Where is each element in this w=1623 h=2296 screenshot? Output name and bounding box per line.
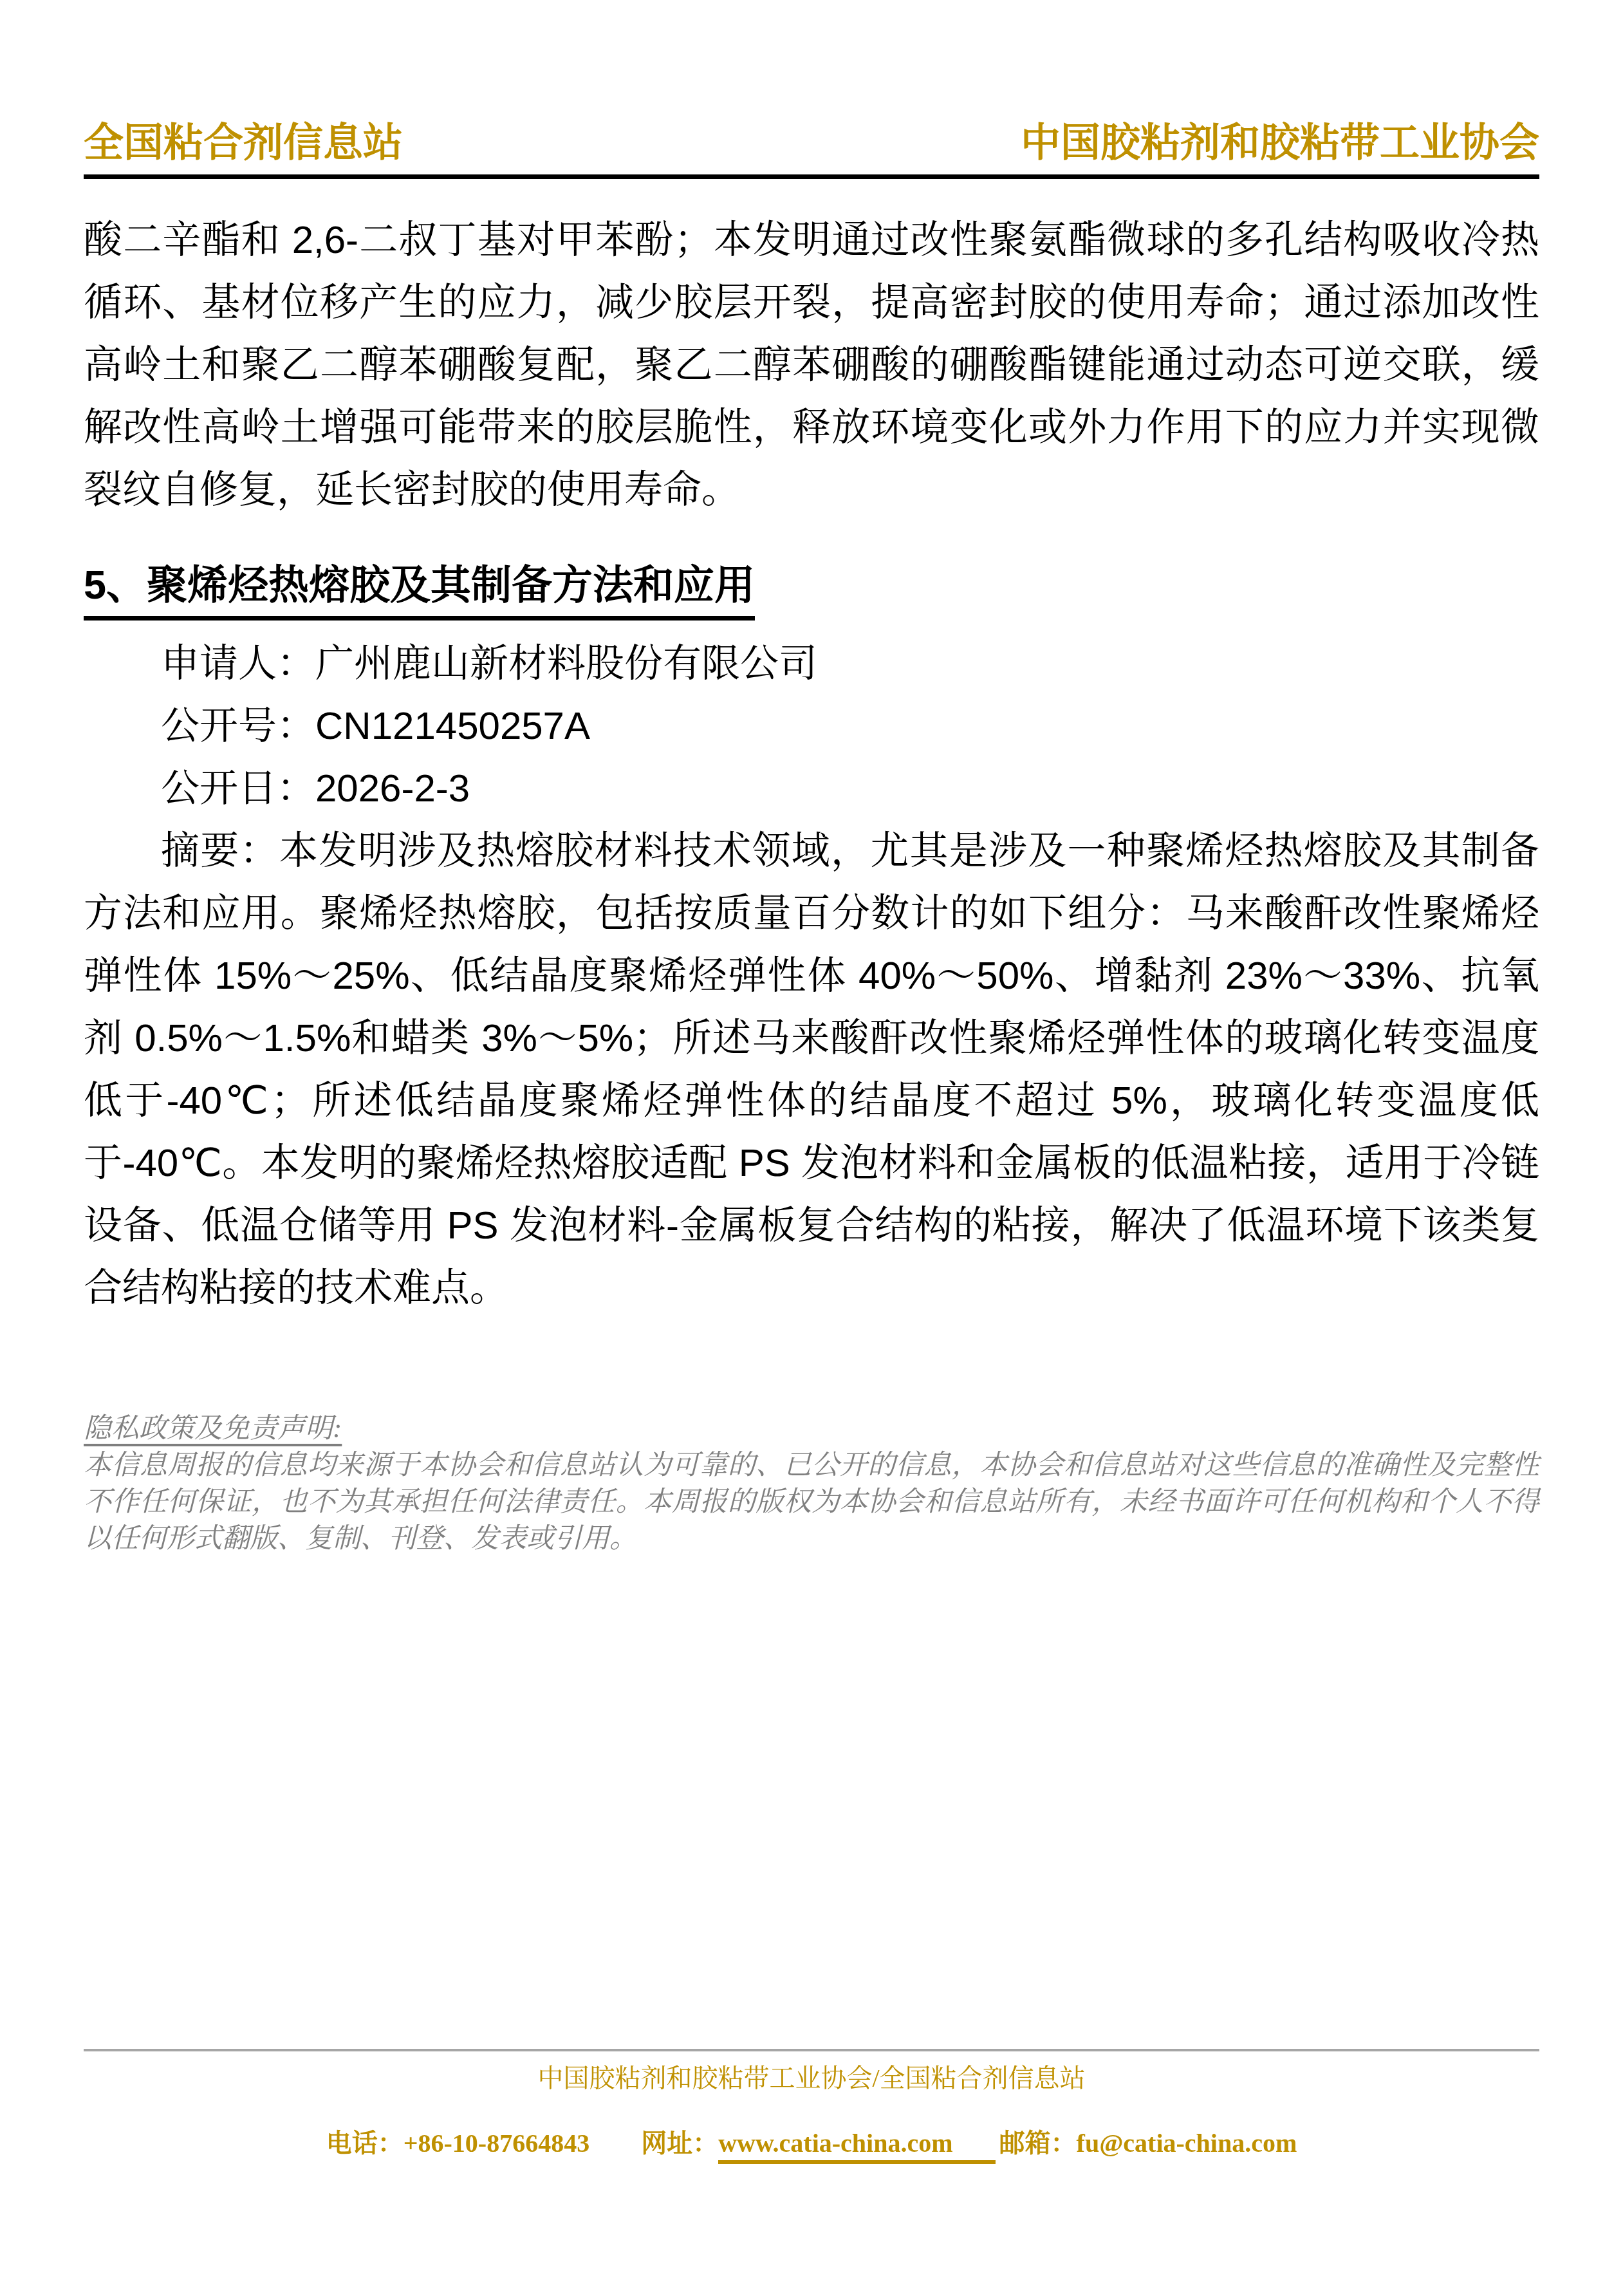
publication-date-line: 公开日：2026-2-3 [84, 757, 1539, 819]
applicant-value: 广州鹿山新材料股份有限公司 [315, 642, 817, 685]
applicant-label: 申请人： [161, 642, 315, 685]
phone-number: +86-10-87664843 [403, 2129, 589, 2158]
publication-number-label: 公开号： [161, 704, 315, 747]
patent-heading-text: 5、聚烯烃热熔胶及其制备方法和应用 [84, 559, 755, 621]
disclaimer-title: 隐私政策及免责声明: [84, 1410, 1539, 1447]
page-header: 全国粘合剂信息站 中国胶粘剂和胶粘带工业协会 [84, 0, 1539, 174]
applicant-line: 申请人：广州鹿山新材料股份有限公司 [84, 632, 1539, 695]
association-name: 中国胶粘剂和胶粘带工业协会 [1021, 111, 1539, 168]
page-footer: 中国胶粘剂和胶粘带工业协会/全国粘合剂信息站 电话：+86-10-8766484… [84, 2049, 1539, 2160]
phone-label: 电话： [326, 2129, 403, 2158]
website-label: 网址： [641, 2129, 718, 2158]
patent-abstract: 摘要：本发明涉及热熔胶材料技术领域，尤其是涉及一种聚烯烃热熔胶及其制备方法和应用… [84, 819, 1539, 1319]
publication-number-value: CN121450257A [315, 704, 590, 747]
footer-rule [84, 2049, 1539, 2051]
header-rule [84, 174, 1539, 179]
intro-paragraph: 酸二辛酯和 2,6-二叔丁基对甲苯酚；本发明通过改性聚氨酯微球的多孔结构吸收冷热… [84, 209, 1539, 521]
publication-date-value: 2026-2-3 [315, 767, 470, 810]
site-name: 全国粘合剂信息站 [84, 111, 403, 168]
website-link[interactable]: www.catia-china.com [718, 2129, 995, 2164]
disclaimer: 隐私政策及免责声明: 本信息周报的信息均来源于本协会和信息站认为可靠的、已公开的… [84, 1410, 1539, 1557]
patent-heading: 5、聚烯烃热熔胶及其制备方法和应用 [84, 559, 1539, 621]
disclaimer-body: 本信息周报的信息均来源于本协会和信息站认为可靠的、已公开的信息，本协会和信息站对… [84, 1447, 1539, 1557]
email-label: 邮箱： [999, 2129, 1077, 2158]
footer-contact-line: 电话：+86-10-87664843网址：www.catia-china.com… [84, 2123, 1539, 2160]
email-address: fu@catia-china.com [1077, 2129, 1297, 2158]
page: 全国粘合剂信息站 中国胶粘剂和胶粘带工业协会 酸二辛酯和 2,6-二叔丁基对甲苯… [84, 0, 1539, 1557]
footer-org-line: 中国胶粘剂和胶粘带工业协会/全国粘合剂信息站 [84, 2058, 1539, 2095]
publication-date-label: 公开日： [161, 767, 315, 810]
publication-number-line: 公开号：CN121450257A [84, 695, 1539, 757]
patent-info: 申请人：广州鹿山新材料股份有限公司 公开号：CN121450257A 公开日：2… [84, 632, 1539, 1319]
